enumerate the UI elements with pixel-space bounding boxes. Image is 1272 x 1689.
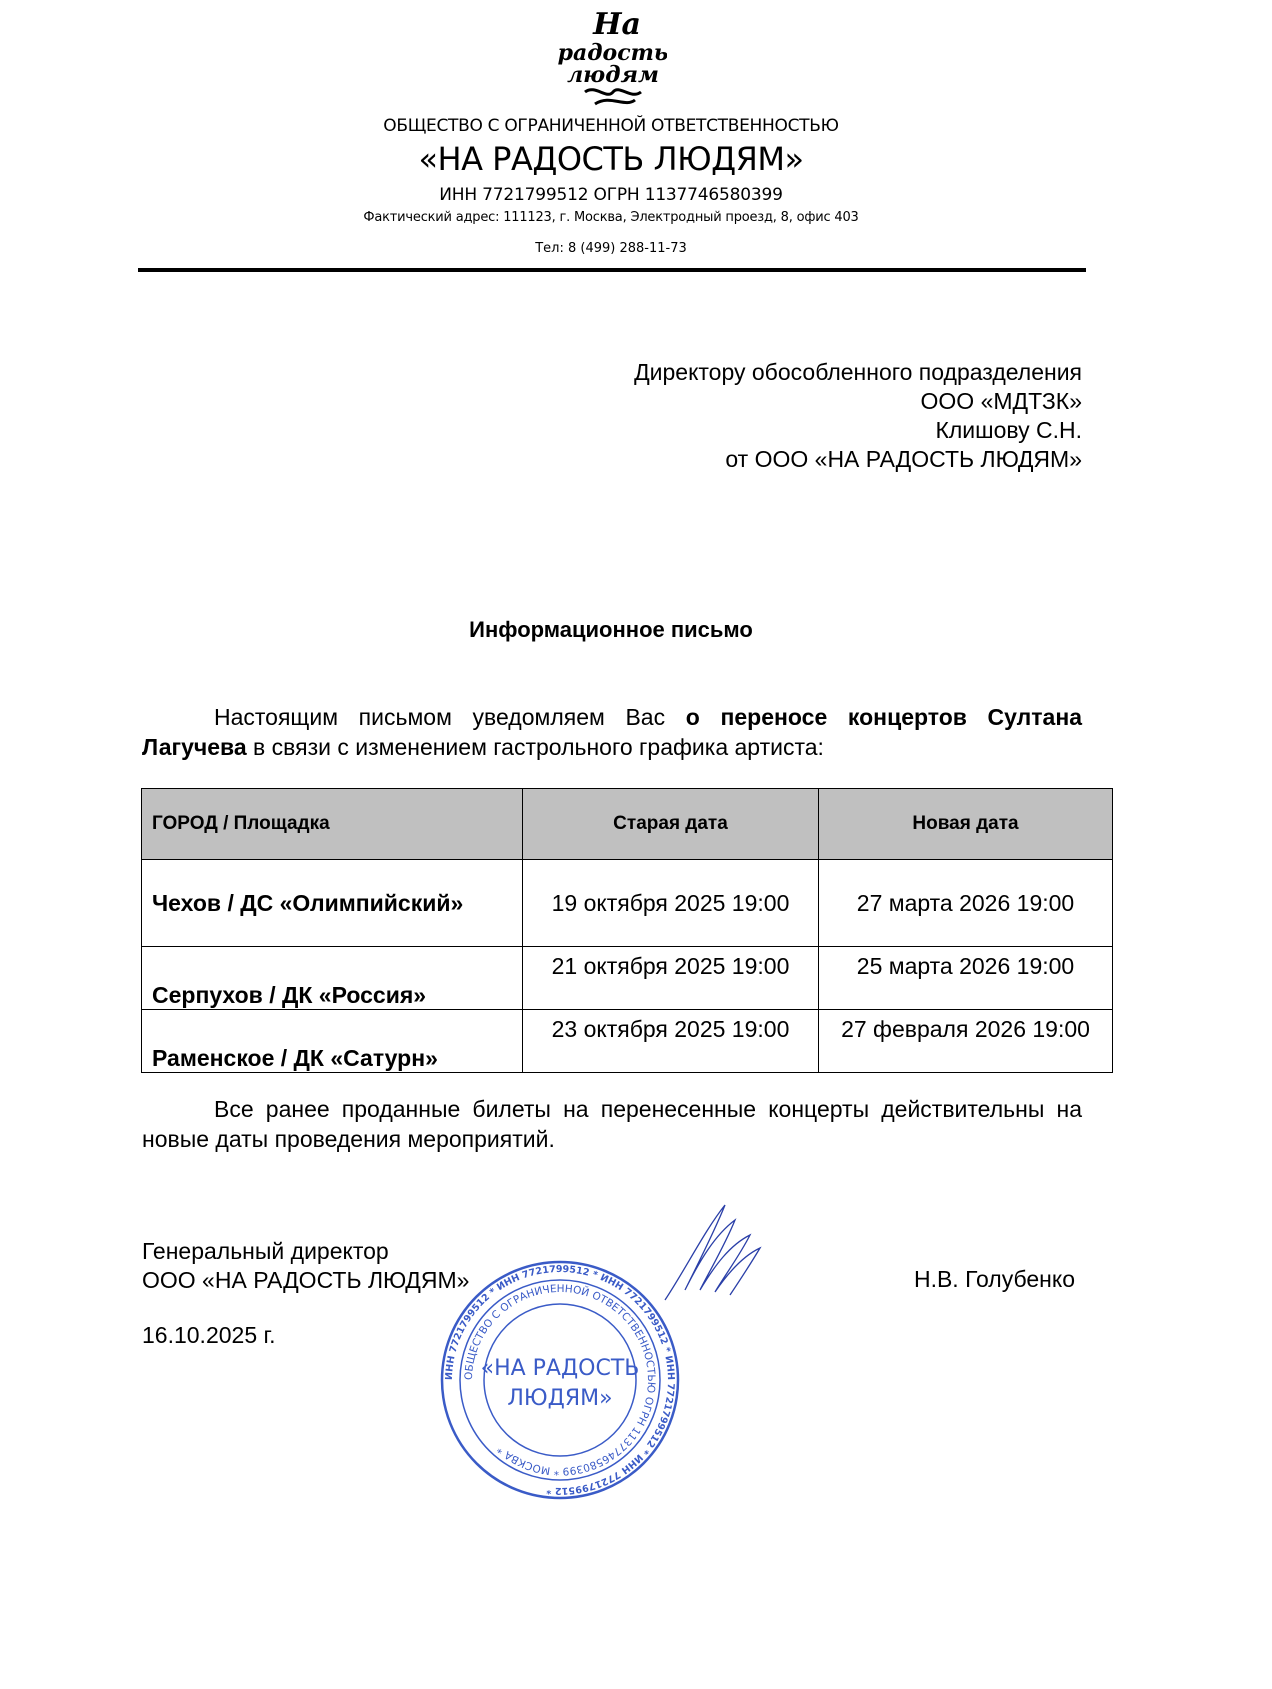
company-stamp-icon: ИНН 7721799512 * ИНН 7721799512 * ИНН 77… xyxy=(440,1260,680,1500)
table-row: Раменское / ДК «Сатурн» 23 октября 2025 … xyxy=(142,1010,1113,1073)
table-header-row: ГОРОД / Площадка Старая дата Новая дата xyxy=(142,789,1113,860)
letter-title: Информационное письмо xyxy=(0,617,1222,643)
closing-paragraph: Все ранее проданные билеты на перенесенн… xyxy=(142,1094,1082,1154)
addressee-line: Клишову С.Н. xyxy=(634,416,1082,445)
intro-paragraph: Настоящим письмом уведомляем Вас о перен… xyxy=(142,702,1082,762)
signatory-org: ООО «НА РАДОСТЬ ЛЮДЯМ» xyxy=(142,1266,469,1295)
venue-cell: Раменское / ДК «Сатурн» xyxy=(142,1010,523,1073)
org-address: Фактический адрес: 111123, г. Москва, Эл… xyxy=(0,210,1222,225)
old-date-cell: 21 октября 2025 19:00 xyxy=(523,947,819,1010)
old-date-cell: 23 октября 2025 19:00 xyxy=(523,1010,819,1073)
venue-cell: Серпухов / ДК «Россия» xyxy=(142,947,523,1010)
addressee-line: от ООО «НА РАДОСТЬ ЛЮДЯМ» xyxy=(634,445,1082,474)
column-header: Новая дата xyxy=(819,789,1113,860)
org-ids: ИНН 7721799512 ОГРН 1137746580399 xyxy=(0,185,1222,205)
svg-text:людям: людям xyxy=(567,62,659,88)
old-date-cell: 19 октября 2025 19:00 xyxy=(523,860,819,947)
org-form: ОБЩЕСТВО С ОГРАНИЧЕННОЙ ОТВЕТСТВЕННОСТЬЮ xyxy=(0,116,1222,136)
intro-text: в связи с изменением гастрольного график… xyxy=(247,734,824,760)
addressee-line: Директору обособленного подразделения xyxy=(634,358,1082,387)
new-date-cell: 25 марта 2026 19:00 xyxy=(819,947,1113,1010)
stamp-center-line: ЛЮДЯМ» xyxy=(507,1386,612,1411)
header-divider xyxy=(138,268,1086,272)
company-logo-icon: На радость людям xyxy=(555,4,667,108)
svg-text:На: На xyxy=(592,7,641,42)
new-date-cell: 27 марта 2026 19:00 xyxy=(819,860,1113,947)
signatory-block: Генеральный директор ООО «НА РАДОСТЬ ЛЮД… xyxy=(142,1237,469,1295)
org-name: «НА РАДОСТЬ ЛЮДЯМ» xyxy=(0,140,1222,178)
letter-date: 16.10.2025 г. xyxy=(142,1322,275,1349)
table-row: Серпухов / ДК «Россия» 21 октября 2025 1… xyxy=(142,947,1113,1010)
addressee-line: ООО «МДТЗК» xyxy=(634,387,1082,416)
stamp-center-line: «НА РАДОСТЬ xyxy=(481,1356,640,1381)
intro-text: Настоящим письмом уведомляем Вас xyxy=(214,704,686,730)
org-phone: Тел: 8 (499) 288-11-73 xyxy=(0,241,1222,256)
venue-cell: Чехов / ДС «Олимпийский» xyxy=(142,860,523,947)
new-date-cell: 27 февраля 2026 19:00 xyxy=(819,1010,1113,1073)
signatory-name: Н.В. Голубенко xyxy=(914,1266,1075,1293)
table-row: Чехов / ДС «Олимпийский» 19 октября 2025… xyxy=(142,860,1113,947)
column-header: ГОРОД / Площадка xyxy=(142,789,523,860)
signatory-position: Генеральный директор xyxy=(142,1237,469,1266)
addressee-block: Директору обособленного подразделения ОО… xyxy=(634,358,1082,474)
schedule-table: ГОРОД / Площадка Старая дата Новая дата … xyxy=(141,788,1113,1073)
column-header: Старая дата xyxy=(523,789,819,860)
